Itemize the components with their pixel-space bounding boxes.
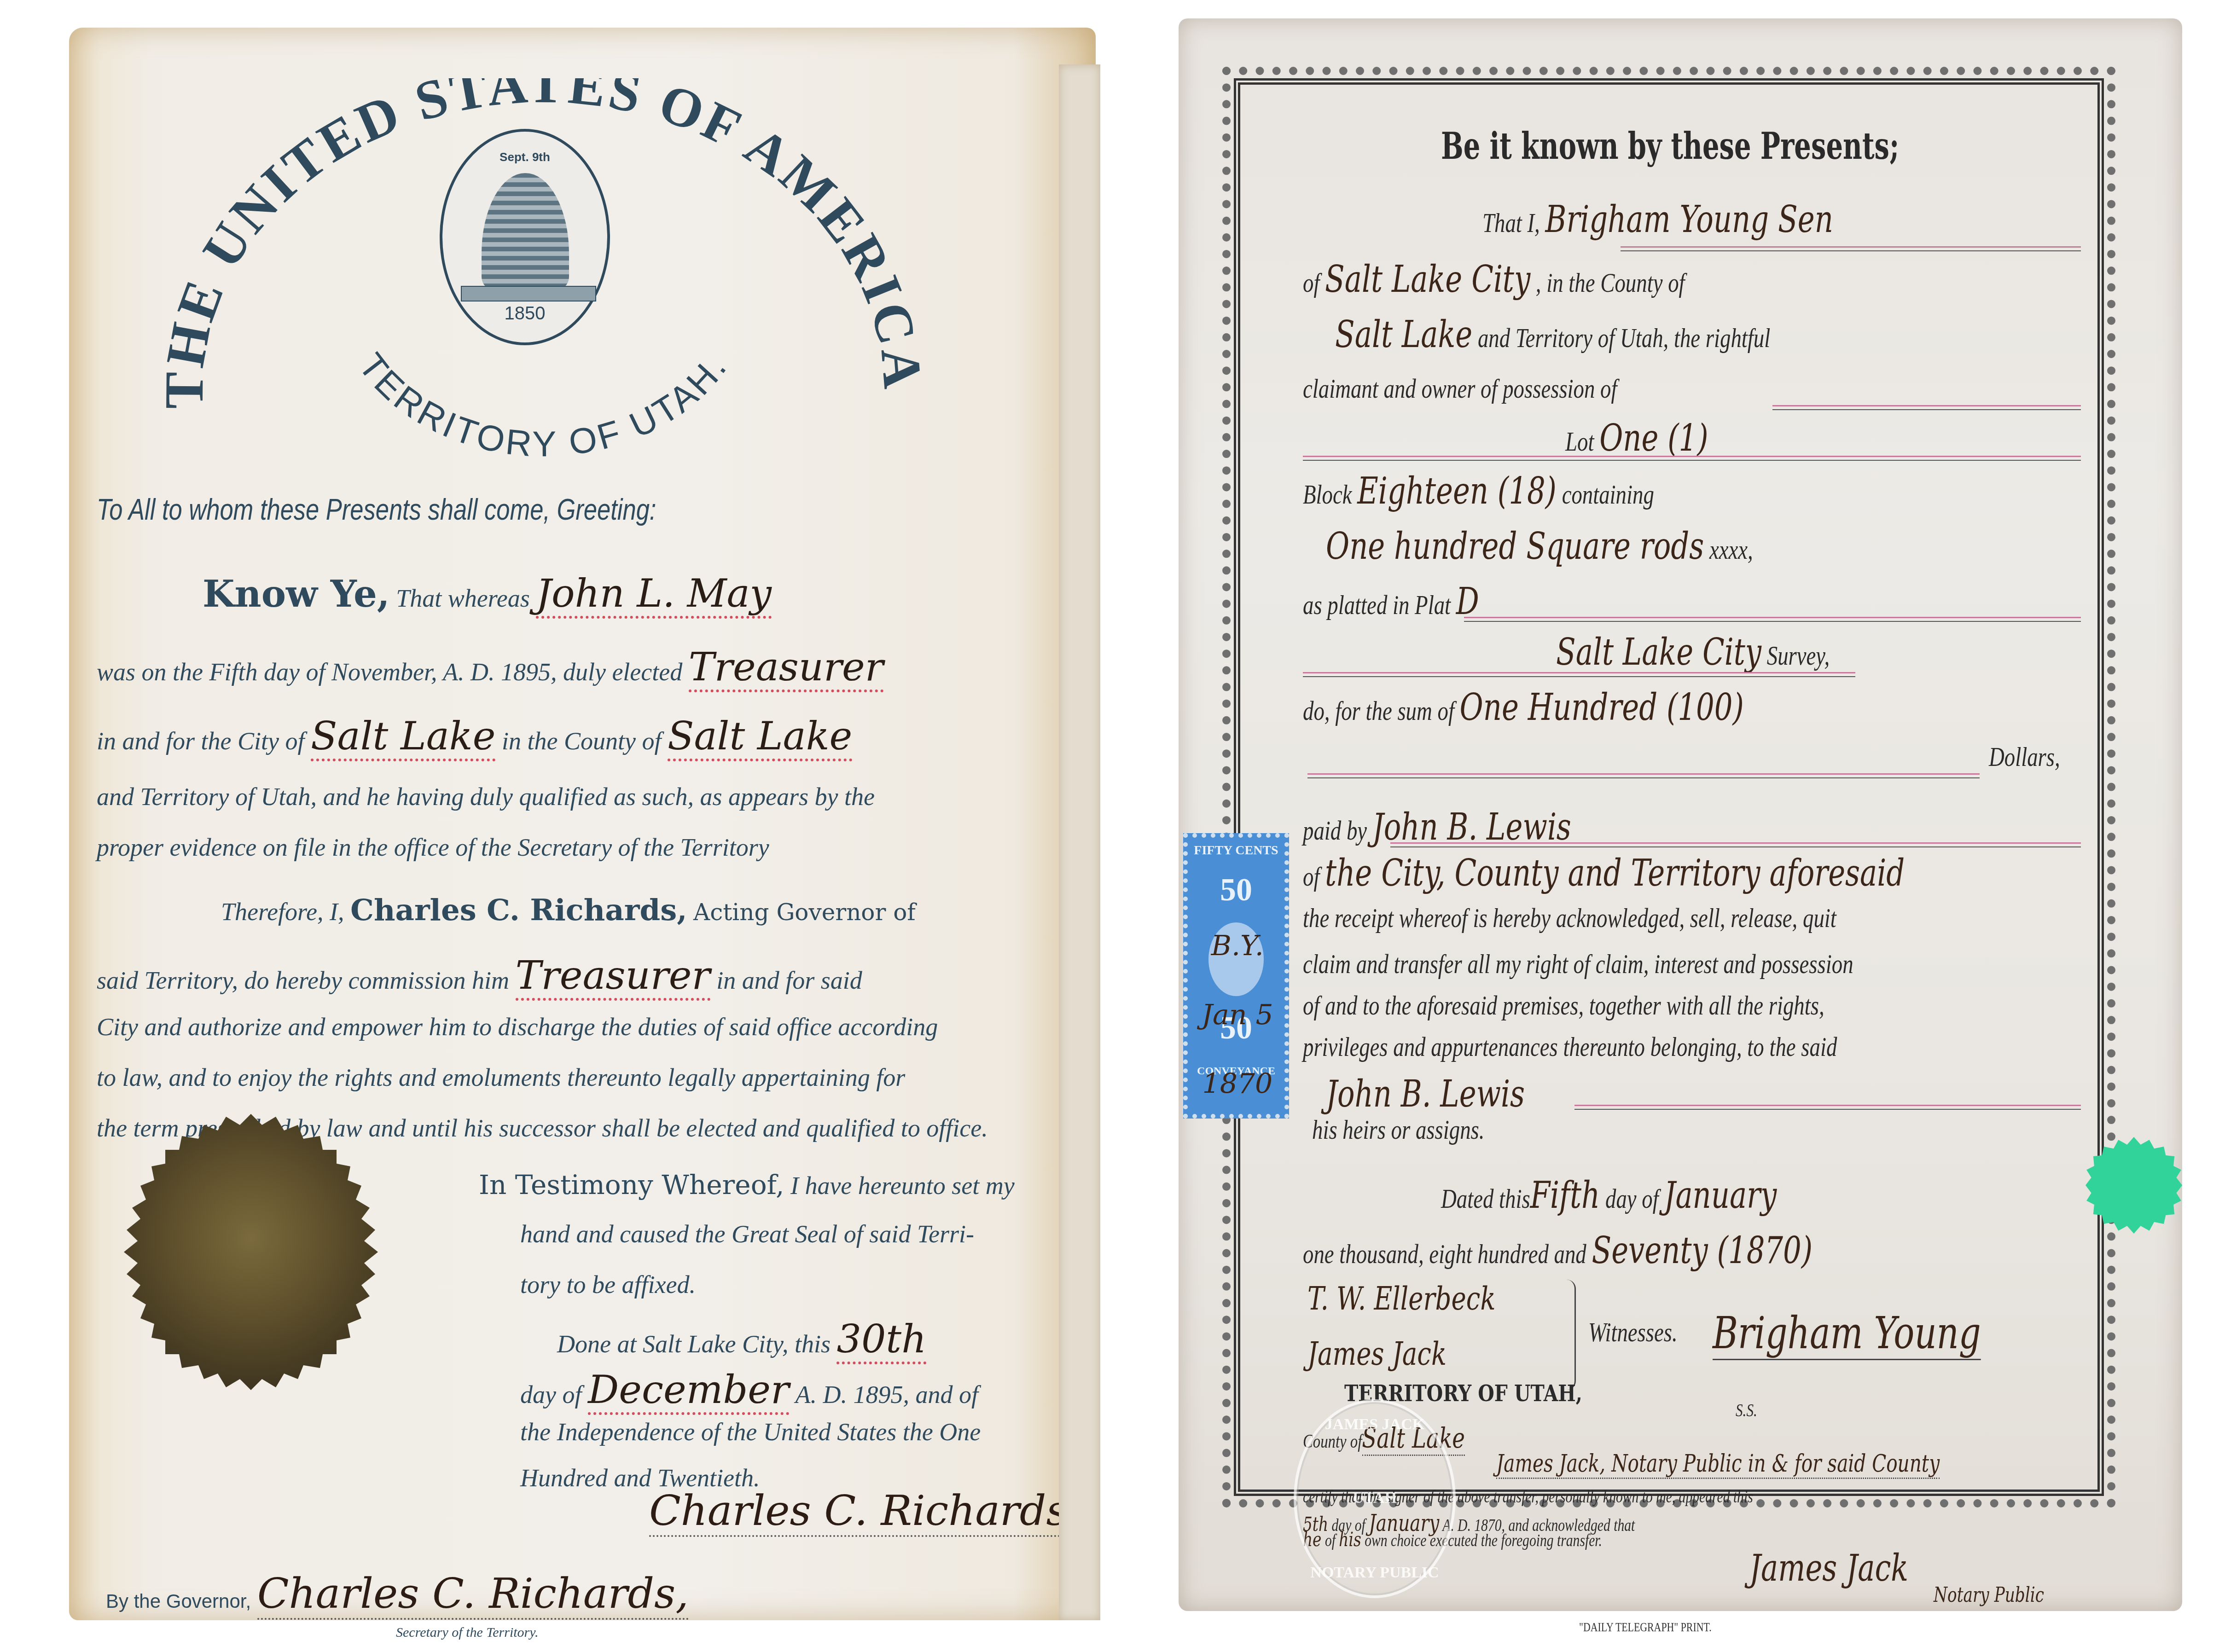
backing-sheet (1059, 64, 1100, 1620)
line-5: proper evidence on file in the office of… (97, 833, 769, 862)
line-4: and Territory of Utah, and he having dul… (97, 783, 875, 811)
witnesses-label: Witnesses. (1588, 1316, 1678, 1348)
row-claim: claim and transfer all my right of claim… (1303, 948, 1853, 980)
row-year: one thousand, eight hundred and Seventy … (1303, 1229, 1813, 1272)
filled-office: Treasurer (689, 644, 883, 692)
row-dollars: Dollars, (1989, 741, 2060, 773)
svg-text:TERRITORY OF UTAH.: TERRITORY OF UTAH. (351, 346, 735, 464)
testimony-line-3: tory to be affixed. (520, 1270, 696, 1299)
notary-signature: James Jack (1749, 1547, 1908, 1589)
testimony-line-1: In Testimony Whereof, I have hereunto se… (479, 1169, 1015, 1200)
grantor-signature: Brigham Young (1713, 1307, 1981, 1360)
line-2: was on the Fifth day of November, A. D. … (97, 644, 883, 690)
rule (1303, 672, 1855, 677)
territorial-seal: Sept. 9th 1850 (440, 129, 610, 345)
testimony-line-2: hand and caused the Great Seal of said T… (520, 1220, 974, 1248)
row-sum: do, for the sum of One Hundred (100) (1303, 686, 1744, 729)
seal-year: 1850 (442, 303, 607, 324)
filled-county: Salt Lake (668, 713, 852, 761)
secretary-label: Secretary of the Territory. (396, 1625, 538, 1640)
witness-brace (1565, 1280, 1576, 1390)
month-line: day of December A. D. 1895, and of (520, 1367, 978, 1412)
by-governor-line: By the Governor, Charles C. Richards, (106, 1570, 689, 1618)
line-3: in and for the City of Salt Lake in the … (97, 713, 852, 759)
know-ye: Know Ye, (203, 572, 390, 615)
rule (1303, 456, 2081, 461)
rule (1574, 1105, 2081, 1110)
line-8: City and authorize and empower him to di… (97, 1013, 938, 1041)
filled-name: John L. May (536, 571, 772, 619)
notary-embossed-seal-icon: JAMES JACK UTAH NOTARY PUBLIC (1294, 1399, 1456, 1598)
row-claimant: claimant and owner of possession of (1303, 373, 1617, 405)
done-at-line: Done at Salt Lake City, this 30th (557, 1316, 926, 1362)
filled-day: 30th (837, 1316, 926, 1364)
ss-label: S.S. (1736, 1399, 1757, 1421)
governor-signature: Charles C. Richards (649, 1487, 1068, 1537)
row-dated: Dated thisFifth day of January (1441, 1174, 1777, 1217)
grantor-name: Brigham Young Sen (1545, 198, 1833, 241)
row-lot: Lot One (1) (1565, 417, 1708, 459)
row-area: One hundred Square rods xxxx, (1326, 525, 1753, 568)
line-7: said Territory, do hereby commission him… (97, 953, 862, 998)
greeting: To All to whom these Presents shall come… (97, 493, 656, 527)
printer-credit: "DAILY TELEGRAPH" PRINT. (1579, 1620, 1712, 1635)
row-plat: as platted in Plat D (1303, 580, 1479, 623)
rule (1390, 842, 2081, 847)
beehive-icon (482, 173, 569, 288)
secretary-signature: Charles C. Richards, (257, 1570, 689, 1620)
filled-city: Salt Lake (311, 713, 495, 761)
row-privileges: privileges and appurtenances thereunto b… (1303, 1031, 1837, 1063)
deed-heading: Be it known by these Presents; (1441, 124, 1899, 168)
stamp-cancellation: B.Y.Jan 51870 (1202, 911, 1273, 1119)
revenue-stamp: FIFTY CENTS 50 50 CONVEYANCE B.Y.Jan 518… (1183, 833, 1289, 1119)
row-receipt: the receipt whereof is hereby acknowledg… (1303, 902, 1836, 934)
row-heirs: his heirs or assigns. (1312, 1114, 1484, 1146)
governor-name: Charles C. Richards, (350, 893, 687, 927)
row-of-city: of Salt Lake City , in the County of (1303, 258, 1685, 301)
line-9: to law, and to enjoy the rights and emol… (97, 1063, 905, 1092)
filled-office-2: Treasurer (516, 953, 710, 1001)
seal-date: Sept. 9th (442, 150, 607, 164)
rule (1621, 246, 2081, 251)
row-aforesaid: of the City, County and Territory afores… (1303, 852, 1905, 894)
rule (1307, 773, 1980, 778)
row-county: Salt Lake and Territory of Utah, the rig… (1335, 313, 1770, 356)
line-6: Therefore, I, Charles C. Richards, Actin… (221, 893, 916, 927)
row-block: Block Eighteen (18) containing (1303, 470, 1654, 512)
rule (1772, 405, 2081, 410)
bench-icon (461, 286, 596, 301)
independence-line: the Independence of the United States th… (520, 1418, 981, 1446)
witness-1: T. W. Ellerbeck (1307, 1280, 1496, 1317)
notary-title: Notary Public (1934, 1583, 2044, 1607)
notary-line: James Jack, Notary Public in & for said … (1496, 1450, 1940, 1479)
witness-2: James Jack (1307, 1335, 1447, 1373)
rule (1464, 617, 2081, 622)
filled-month: December (588, 1367, 789, 1415)
row-grantee-2: John B. Lewis (1326, 1072, 1525, 1115)
row-that-i: That I, Brigham Young Sen (1482, 198, 1833, 241)
line-1: Know Ye, That whereas John L. May (203, 571, 772, 616)
row-survey: Salt Lake City Survey, (1556, 631, 1830, 673)
row-premises: of and to the aforesaid premises, togeth… (1303, 990, 1824, 1021)
